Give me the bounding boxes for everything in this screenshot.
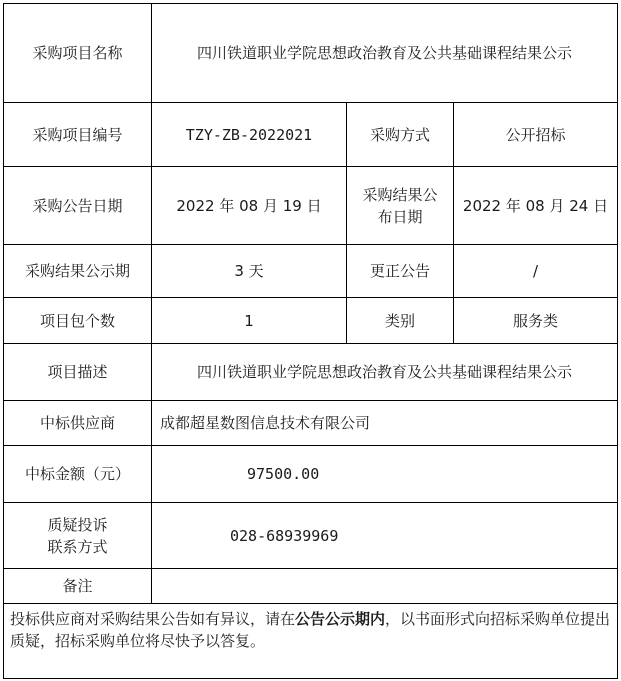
procurement-result-table: 采购项目名称 四川铁道职业学院思想政治教育及公共基础课程结果公示 采购项目编号 … [3, 3, 618, 679]
procurement-method-label: 采购方式 [347, 103, 454, 167]
complaint-contact-label-line2: 联系方式 [8, 536, 147, 558]
description-value: 四川铁道职业学院思想政治教育及公共基础课程结果公示 [152, 344, 618, 401]
row-project-number: 采购项目编号 TZY-ZB-2022021 采购方式 公开招标 [4, 103, 618, 167]
complaint-contact-label: 质疑投诉 联系方式 [4, 503, 152, 569]
result-publish-date-label: 采购结果公 布日期 [347, 167, 454, 245]
row-winning-supplier: 中标供应商 成都超星数图信息技术有限公司 [4, 401, 618, 446]
correction-notice-value: / [454, 245, 618, 298]
result-publish-date-label-line1: 采购结果公 [351, 184, 449, 206]
row-description: 项目描述 四川铁道职业学院思想政治教育及公共基础课程结果公示 [4, 344, 618, 401]
winning-supplier-value: 成都超星数图信息技术有限公司 [152, 401, 618, 446]
result-publish-date-value: 2022 年 08 月 24 日 [454, 167, 618, 245]
remarks-value [152, 569, 618, 604]
procurement-method-value: 公开招标 [454, 103, 618, 167]
description-label: 项目描述 [4, 344, 152, 401]
winning-amount-label: 中标金额（元） [4, 446, 152, 503]
correction-notice-label: 更正公告 [347, 245, 454, 298]
project-name-label: 采购项目名称 [4, 4, 152, 103]
notice-text-bold: 公告公示期内 [295, 610, 385, 628]
announcement-date-label: 采购公告日期 [4, 167, 152, 245]
announcement-date-value: 2022 年 08 月 19 日 [152, 167, 347, 245]
row-notice: 投标供应商对采购结果公告如有异议，请在公告公示期内，以书面形式向招标采购单位提出… [4, 604, 618, 679]
category-value: 服务类 [454, 298, 618, 344]
result-period-value: 3 天 [152, 245, 347, 298]
category-label: 类别 [347, 298, 454, 344]
row-remarks: 备注 [4, 569, 618, 604]
row-package-count: 项目包个数 1 类别 服务类 [4, 298, 618, 344]
notice-text-part1: 投标供应商对采购结果公告如有异议，请在 [10, 610, 295, 628]
row-project-name: 采购项目名称 四川铁道职业学院思想政治教育及公共基础课程结果公示 [4, 4, 618, 103]
package-count-value: 1 [152, 298, 347, 344]
result-period-label: 采购结果公示期 [4, 245, 152, 298]
project-number-value: TZY-ZB-2022021 [152, 103, 347, 167]
row-result-period: 采购结果公示期 3 天 更正公告 / [4, 245, 618, 298]
complaint-contact-value: 028-68939969 [152, 503, 618, 569]
project-number-label: 采购项目编号 [4, 103, 152, 167]
package-count-label: 项目包个数 [4, 298, 152, 344]
objection-notice: 投标供应商对采购结果公告如有异议，请在公告公示期内，以书面形式向招标采购单位提出… [4, 604, 618, 679]
result-publish-date-label-line2: 布日期 [351, 206, 449, 228]
remarks-label: 备注 [4, 569, 152, 604]
row-complaint-contact: 质疑投诉 联系方式 028-68939969 [4, 503, 618, 569]
winning-supplier-label: 中标供应商 [4, 401, 152, 446]
project-name-value: 四川铁道职业学院思想政治教育及公共基础课程结果公示 [152, 4, 618, 103]
winning-amount-value: 97500.00 [152, 446, 618, 503]
row-dates: 采购公告日期 2022 年 08 月 19 日 采购结果公 布日期 2022 年… [4, 167, 618, 245]
complaint-contact-label-line1: 质疑投诉 [8, 514, 147, 536]
row-winning-amount: 中标金额（元） 97500.00 [4, 446, 618, 503]
